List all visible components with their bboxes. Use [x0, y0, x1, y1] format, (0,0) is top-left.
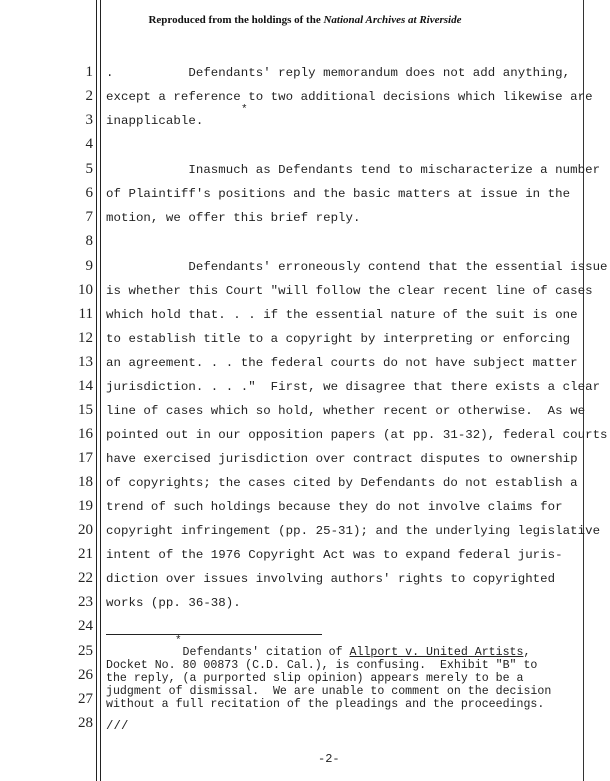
footnote-line: without a full recitation of the pleadin… [106, 699, 544, 711]
header-archive-name: National Archives at Riverside [323, 14, 461, 26]
line-number: 13 [60, 354, 93, 371]
footnote-text: , [523, 646, 530, 659]
archive-header: Reproduced from the holdings of the Nati… [0, 14, 610, 26]
line-number: 6 [60, 185, 93, 202]
line-number: 22 [60, 570, 93, 587]
body-line: an agreement. . . the federal courts do … [106, 356, 578, 370]
line-number: 25 [60, 643, 93, 660]
body-line: jurisdiction. . . ." First, we disagree … [106, 380, 600, 394]
line-number: 1 [60, 64, 93, 81]
line-number: 27 [60, 691, 93, 708]
body-line: works (pp. 36-38). [106, 596, 241, 610]
line-number: 9 [60, 258, 93, 275]
body-line: . Defendants' reply memorandum does not … [106, 66, 570, 80]
line-number: 20 [60, 522, 93, 539]
line-number: 19 [60, 498, 93, 515]
header-prefix: Reproduced from the holdings of the [148, 14, 323, 26]
body-line: which hold that. . . if the essential na… [106, 308, 578, 322]
body-line: have exercised jurisdiction over contrac… [106, 452, 578, 466]
line-number: 11 [60, 306, 93, 323]
footnote-line: Defendants' citation of Allport v. Unite… [106, 647, 530, 659]
line-number: 7 [60, 209, 93, 226]
footnote-line: Docket No. 80 00873 (C.D. Cal.), is conf… [106, 660, 537, 672]
line-number: 5 [60, 161, 93, 178]
line-number: 4 [60, 136, 93, 153]
body-line: copyright infringement (pp. 25-31); and … [106, 524, 600, 538]
left-margin-rule-inner [100, 0, 101, 781]
line-number: 23 [60, 594, 93, 611]
footnote-line: the reply, (a purported slip opinion) ap… [106, 673, 523, 685]
line-number: 12 [60, 330, 93, 347]
left-margin-rule [96, 0, 97, 781]
body-line: trend of such holdings because they do n… [106, 500, 563, 514]
body-line: is whether this Court "will follow the c… [106, 284, 593, 298]
line-number: 8 [60, 233, 93, 250]
body-line: Defendants' erroneously contend that the… [106, 260, 608, 274]
line-number: 2 [60, 88, 93, 105]
continuation-mark: /// [106, 719, 128, 733]
footnote-line: judgment of dismissal. We are unable to … [106, 686, 551, 698]
footnote-reference-marker: * [241, 104, 248, 116]
line-number: 15 [60, 402, 93, 419]
line-number: 10 [60, 282, 93, 299]
line-number: 3 [60, 112, 93, 129]
line-number: 14 [60, 378, 93, 395]
page-number: -2- [318, 752, 340, 766]
body-line: diction over issues involving authors' r… [106, 572, 555, 586]
body-line: pointed out in our opposition papers (at… [106, 428, 608, 442]
line-number: 21 [60, 546, 93, 563]
body-line: of copyrights; the cases cited by Defend… [106, 476, 578, 490]
line-number: 28 [60, 715, 93, 732]
footnote-separator [106, 634, 322, 635]
case-name: Allport v. United Artists [350, 646, 524, 659]
footnote-text: Defendants' citation of [106, 646, 350, 659]
line-number: 16 [60, 426, 93, 443]
body-line: line of cases which so hold, whether rec… [106, 404, 585, 418]
body-line: intent of the 1976 Copyright Act was to … [106, 548, 563, 562]
line-number: 24 [60, 618, 93, 635]
body-line: motion, we offer this brief reply. [106, 211, 361, 225]
body-line: inapplicable. [106, 114, 203, 128]
body-line: of Plaintiff's positions and the basic m… [106, 187, 570, 201]
line-number: 26 [60, 667, 93, 684]
line-number: 18 [60, 474, 93, 491]
body-line: to establish title to a copyright by int… [106, 332, 570, 346]
line-number: 17 [60, 450, 93, 467]
body-line: except a reference to two additional dec… [106, 90, 593, 104]
body-line: Inasmuch as Defendants tend to mischarac… [106, 163, 600, 177]
